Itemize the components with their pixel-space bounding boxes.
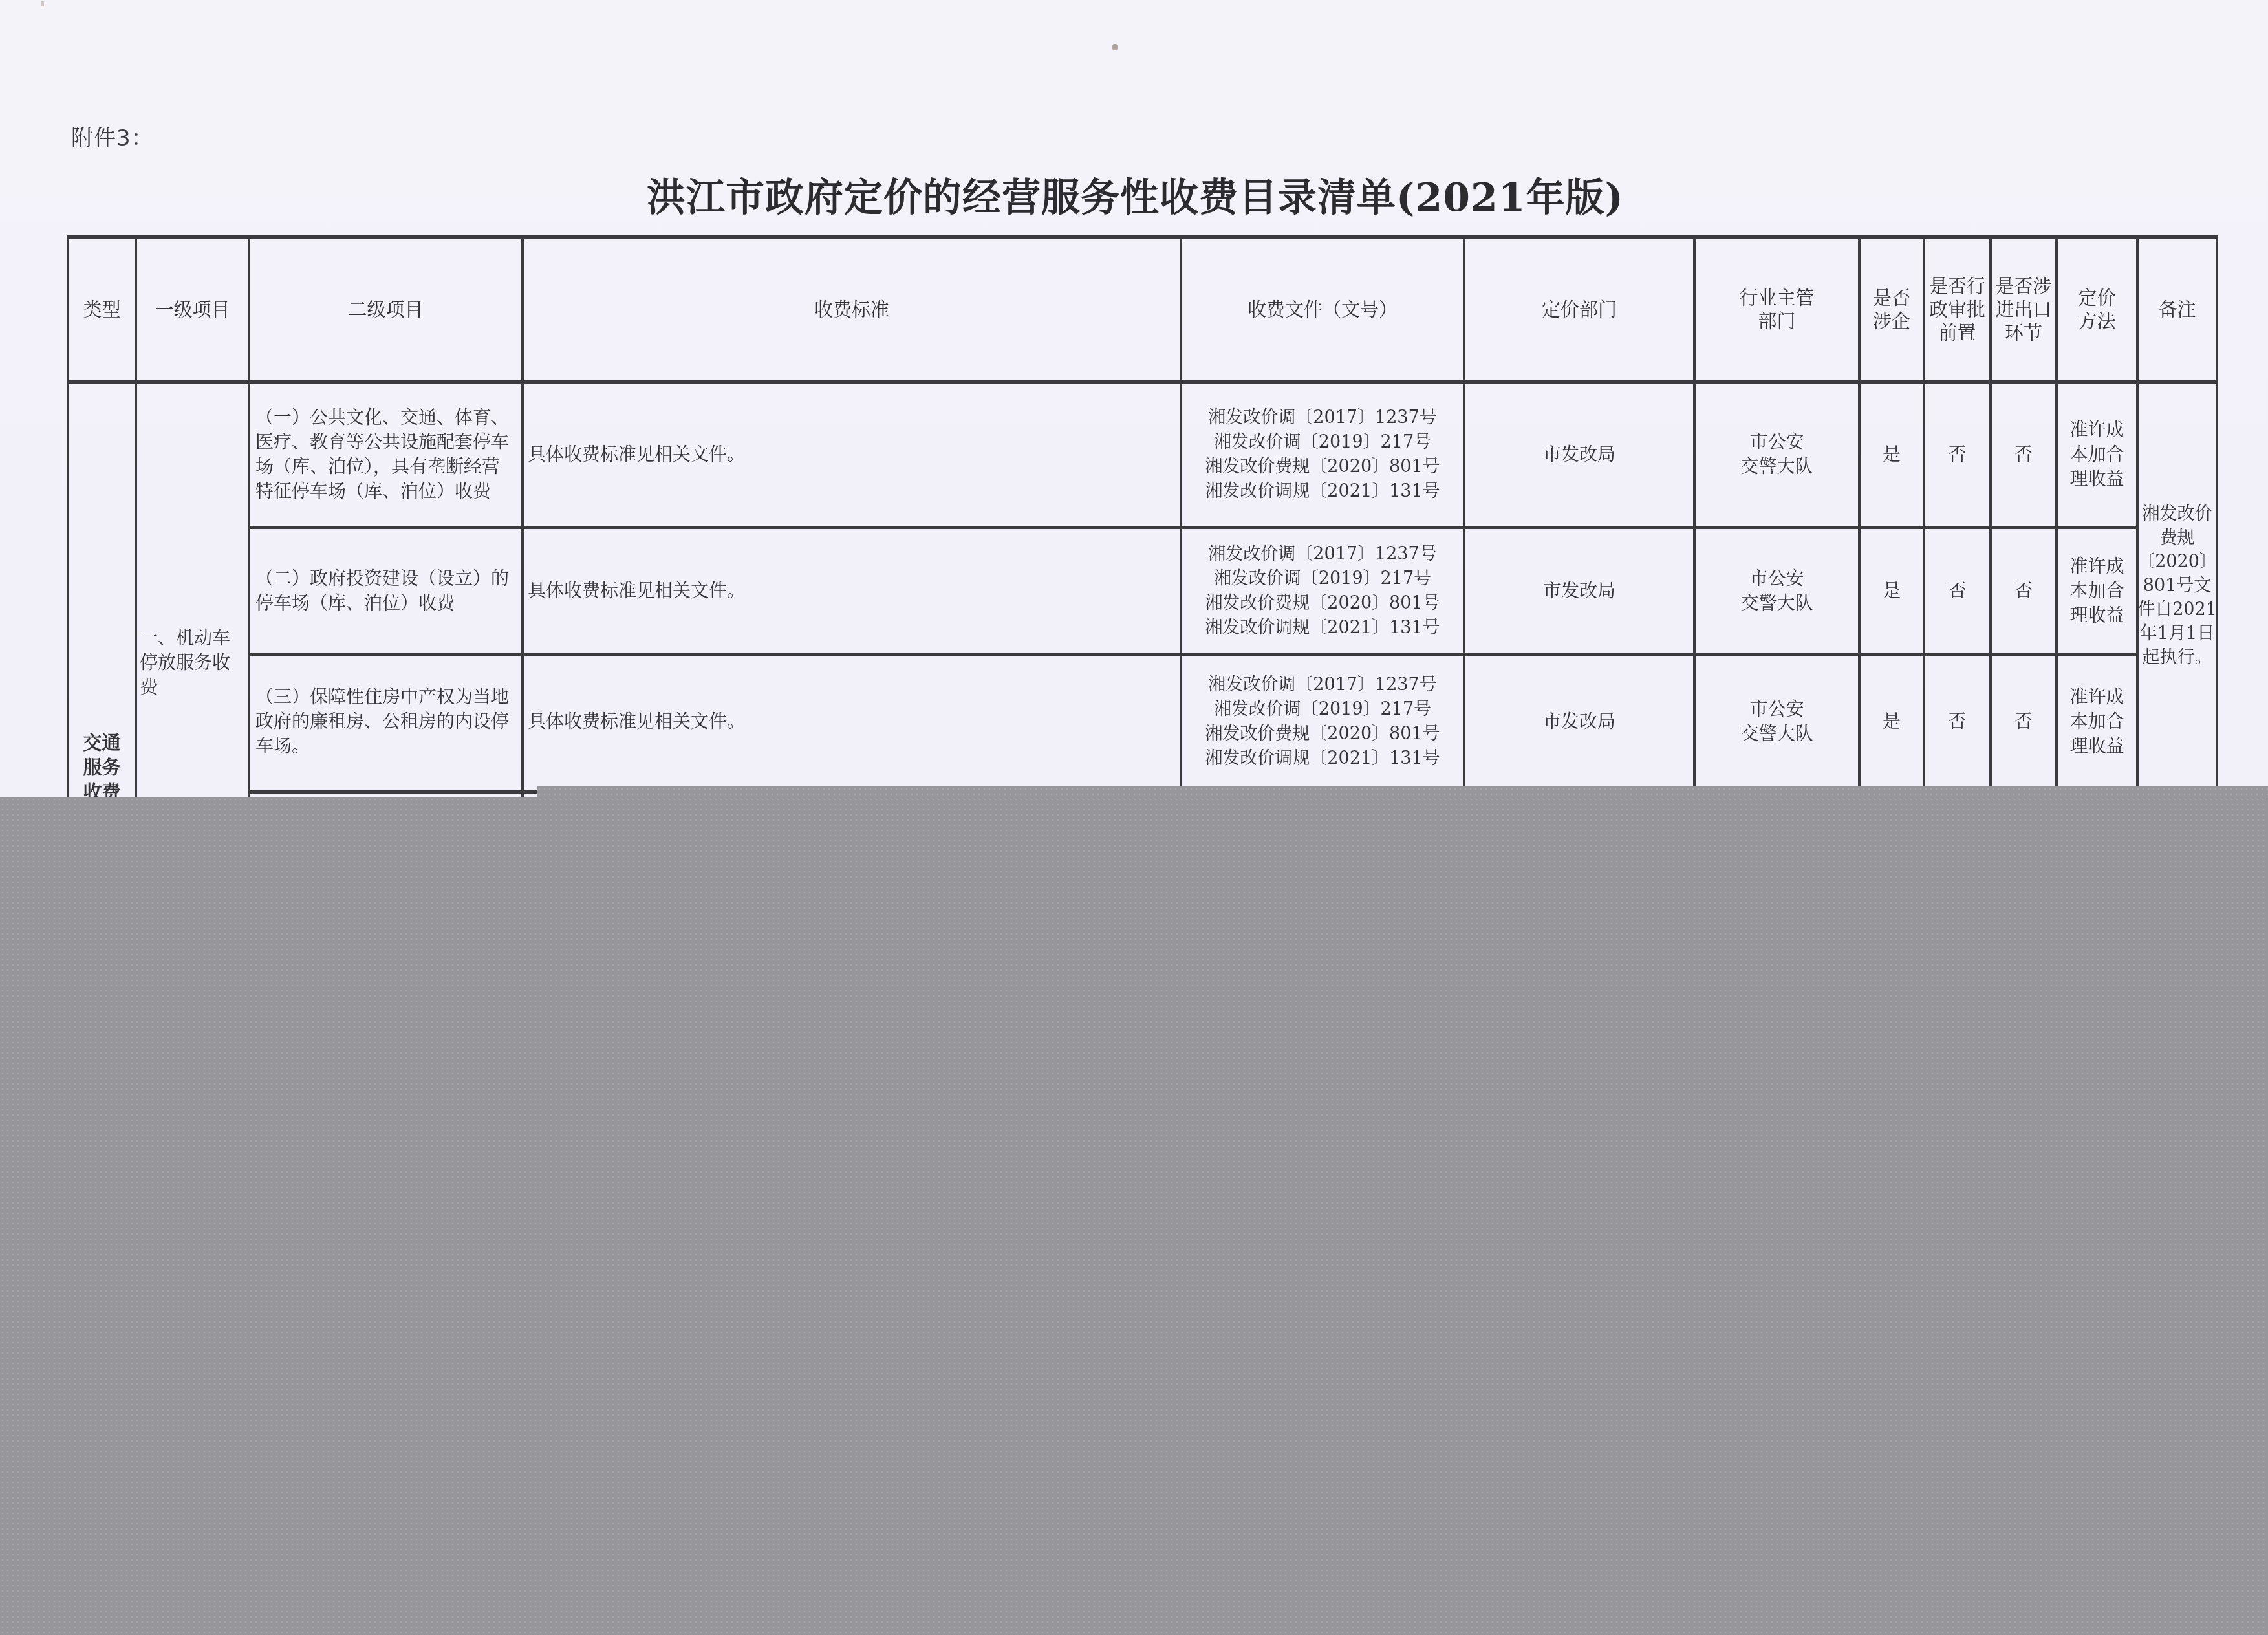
cell-text: 否 — [2014, 579, 2033, 603]
scan-speck — [41, 1, 44, 6]
row-3-pricing-method: 准许成本加合理收益 — [2057, 655, 2137, 789]
row-1-documents: 湘发改价调〔2017〕1237号湘发改价调〔2019〕217号湘发改价费规〔20… — [1181, 382, 1464, 527]
row-3-industry-dept: 市公安交警大队 — [1694, 655, 1859, 789]
row-2-industry-dept: 市公安交警大队 — [1694, 527, 1859, 655]
cell-text: 是 — [1883, 579, 1901, 603]
document-ref: 湘发改价调规〔2021〕131号 — [1205, 616, 1440, 640]
cell-text: （三）保障性住房中产权为当地政府的廉租房、公租房的内设停车场。 — [255, 685, 516, 759]
header-type: 类型 — [68, 238, 136, 382]
row-2-documents: 湘发改价调〔2017〕1237号湘发改价调〔2019〕217号湘发改价费规〔20… — [1181, 527, 1464, 655]
table-horizontal-rule — [248, 790, 539, 794]
document-ref: 湘发改价调〔2019〕217号 — [1205, 567, 1440, 591]
row-3-level2: （三）保障性住房中产权为当地政府的廉租房、公租房的内设停车场。 — [249, 655, 523, 789]
cell-text: 准许成本加合理收益 — [2067, 554, 2127, 628]
row-1-import-export: 否 — [1991, 382, 2057, 527]
dept-line: 交警大队 — [1740, 591, 1813, 616]
row-3-standard: 具体收费标准见相关文件。 — [523, 655, 1181, 789]
table-vertical-rule — [1989, 236, 1992, 799]
cell-text: 市发改局 — [1543, 709, 1615, 734]
dept-line: 交警大队 — [1740, 722, 1813, 746]
document-ref: 湘发改价调规〔2021〕131号 — [1205, 479, 1440, 504]
row-1-industry-dept: 市公安交警大队 — [1694, 382, 1859, 527]
cell-text: 是 — [1883, 442, 1901, 467]
header-document: 收费文件（文号） — [1181, 238, 1464, 382]
table-vertical-rule — [1463, 236, 1465, 799]
header-level2: 二级项目 — [249, 238, 523, 382]
document-ref: 湘发改价费规〔2020〕801号 — [1205, 722, 1440, 746]
scan-speck — [1112, 44, 1118, 50]
row-1-pricing-dept: 市发改局 — [1464, 382, 1694, 527]
table-vertical-rule — [1858, 236, 1861, 799]
cell-text: 市发改局 — [1543, 579, 1615, 603]
table-vertical-rule — [2216, 236, 2218, 799]
document-ref: 湘发改价调〔2017〕1237号 — [1205, 673, 1440, 697]
table-vertical-rule — [2055, 236, 2058, 799]
table-vertical-rule — [1693, 236, 1696, 799]
cell-text: （一）公共文化、交通、体育、医疗、教育等公共设施配套停车场（库、泊位），具有垄断… — [255, 406, 516, 504]
type-cell: 交通服务收费 — [68, 731, 136, 802]
row-3-documents: 湘发改价调〔2017〕1237号湘发改价调〔2019〕217号湘发改价费规〔20… — [1181, 655, 1464, 789]
row-2-pricing-dept: 市发改局 — [1464, 527, 1694, 655]
document-ref: 湘发改价调〔2017〕1237号 — [1205, 406, 1440, 430]
header-standard: 收费标准 — [523, 238, 1181, 382]
header-industry-dept: 行业主管部门 — [1694, 238, 1859, 382]
document-ref: 湘发改价费规〔2020〕801号 — [1205, 591, 1440, 616]
header-admin-approval: 是否行政审批前置 — [1924, 238, 1991, 382]
table-vertical-rule — [1923, 236, 1925, 799]
row-1-pricing-method: 准许成本加合理收益 — [2057, 382, 2137, 527]
row-3-pricing-dept: 市发改局 — [1464, 655, 1694, 789]
header-involves-enterprise-text: 是否涉企 — [1870, 287, 1914, 333]
cell-text: 否 — [2014, 709, 2033, 734]
header-remarks: 备注 — [2137, 238, 2217, 382]
table-vertical-rule — [2136, 236, 2139, 799]
page-title: 洪江市政府定价的经营服务性收费目录清单(2021年版) — [647, 167, 1588, 222]
scanned-page: 附件3： 洪江市政府定价的经营服务性收费目录清单(2021年版) 类型 一级项目… — [0, 0, 2268, 1635]
cell-text: 准许成本加合理收益 — [2067, 418, 2127, 492]
redaction-overlay — [0, 797, 2268, 1635]
row-2-admin-approval: 否 — [1924, 527, 1991, 655]
dept-line: 市公安 — [1740, 430, 1813, 455]
document-ref: 湘发改价费规〔2020〕801号 — [1205, 455, 1440, 479]
dept-line: 交警大队 — [1740, 455, 1813, 479]
row-2-standard: 具体收费标准见相关文件。 — [523, 527, 1181, 655]
header-pricing-dept: 定价部门 — [1464, 238, 1694, 382]
type-value: 交通服务收费 — [82, 731, 122, 805]
cell-text: 否 — [1948, 442, 1966, 467]
cell-text: 否 — [2014, 442, 2033, 467]
remarks-cell: 湘发改价费规〔2020〕801号文件自2021年1月1日起执行。 — [2137, 382, 2217, 789]
row-1-involves-enterprise: 是 — [1859, 382, 1924, 527]
header-admin-approval-text: 是否行政审批前置 — [1928, 275, 1987, 345]
table-horizontal-rule — [248, 526, 2138, 529]
cell-text: 是 — [1883, 709, 1901, 734]
level1-value: 一、机动车停放服务收费 — [140, 626, 246, 700]
cell-text: 否 — [1948, 579, 1966, 603]
row-1-standard: 具体收费标准见相关文件。 — [523, 382, 1181, 527]
cell-text: （二）政府投资建设（设立）的停车场（库、泊位）收费 — [255, 567, 516, 616]
header-import-export: 是否涉进出口环节 — [1991, 238, 2057, 382]
table-vertical-rule — [67, 236, 69, 799]
row-3-admin-approval: 否 — [1924, 655, 1991, 789]
document-ref: 湘发改价调〔2019〕217号 — [1205, 697, 1440, 722]
cell-text: 具体收费标准见相关文件。 — [528, 709, 745, 734]
cell-text: 具体收费标准见相关文件。 — [528, 579, 745, 603]
table-horizontal-rule — [67, 235, 2218, 239]
cell-text: 否 — [1948, 709, 1966, 734]
table-vertical-rule — [248, 236, 250, 799]
document-ref: 湘发改价调规〔2021〕131号 — [1205, 746, 1440, 771]
cell-text: 准许成本加合理收益 — [2067, 685, 2127, 759]
level1-cell: 一、机动车停放服务收费 — [136, 382, 249, 808]
table-horizontal-rule — [67, 380, 2218, 384]
cell-text: 市发改局 — [1543, 442, 1615, 467]
header-import-export-text: 是否涉进出口环节 — [1994, 275, 2053, 345]
header-pricing-method-text: 定价方法 — [2077, 287, 2117, 333]
row-3-involves-enterprise: 是 — [1859, 655, 1924, 789]
table-horizontal-rule — [248, 653, 2138, 656]
remarks-value: 湘发改价费规〔2020〕801号文件自2021年1月1日起执行。 — [2137, 502, 2217, 669]
dept-line: 市公安 — [1740, 567, 1813, 591]
header-pricing-method: 定价方法 — [2057, 238, 2137, 382]
row-1-level2: （一）公共文化、交通、体育、医疗、教育等公共设施配套停车场（库、泊位），具有垄断… — [249, 382, 523, 527]
row-2-involves-enterprise: 是 — [1859, 527, 1924, 655]
table-vertical-rule — [135, 236, 137, 799]
header-level1: 一级项目 — [136, 238, 249, 382]
row-2-level2: （二）政府投资建设（设立）的停车场（库、泊位）收费 — [249, 527, 523, 655]
header-involves-enterprise: 是否涉企 — [1859, 238, 1924, 382]
table-vertical-rule — [1180, 236, 1182, 799]
dept-line: 市公安 — [1740, 697, 1813, 722]
attachment-label: 附件3： — [71, 120, 154, 152]
row-2-pricing-method: 准许成本加合理收益 — [2057, 527, 2137, 655]
redaction-overlay — [537, 786, 2268, 799]
row-2-import-export: 否 — [1991, 527, 2057, 655]
cell-text: 具体收费标准见相关文件。 — [528, 442, 745, 467]
header-industry-dept-text: 行业主管部门 — [1733, 287, 1820, 333]
document-ref: 湘发改价调〔2019〕217号 — [1205, 430, 1440, 455]
row-3-import-export: 否 — [1991, 655, 2057, 789]
row-1-admin-approval: 否 — [1924, 382, 1991, 527]
table-vertical-rule — [521, 236, 524, 799]
document-ref: 湘发改价调〔2017〕1237号 — [1205, 542, 1440, 567]
